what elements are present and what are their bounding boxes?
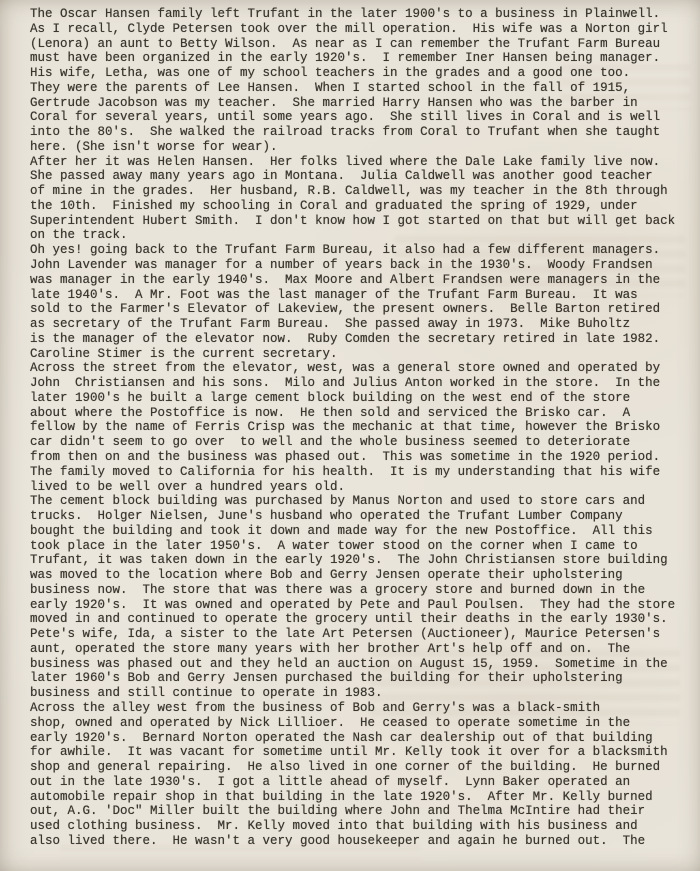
paper-page: The Oscar Hansen family left Trufant in … (0, 0, 700, 871)
document-text: The Oscar Hansen family left Trufant in … (30, 7, 675, 849)
scanned-document-screenshot: { "colors": { "paper": "#e9e4da", "paper… (0, 0, 700, 871)
